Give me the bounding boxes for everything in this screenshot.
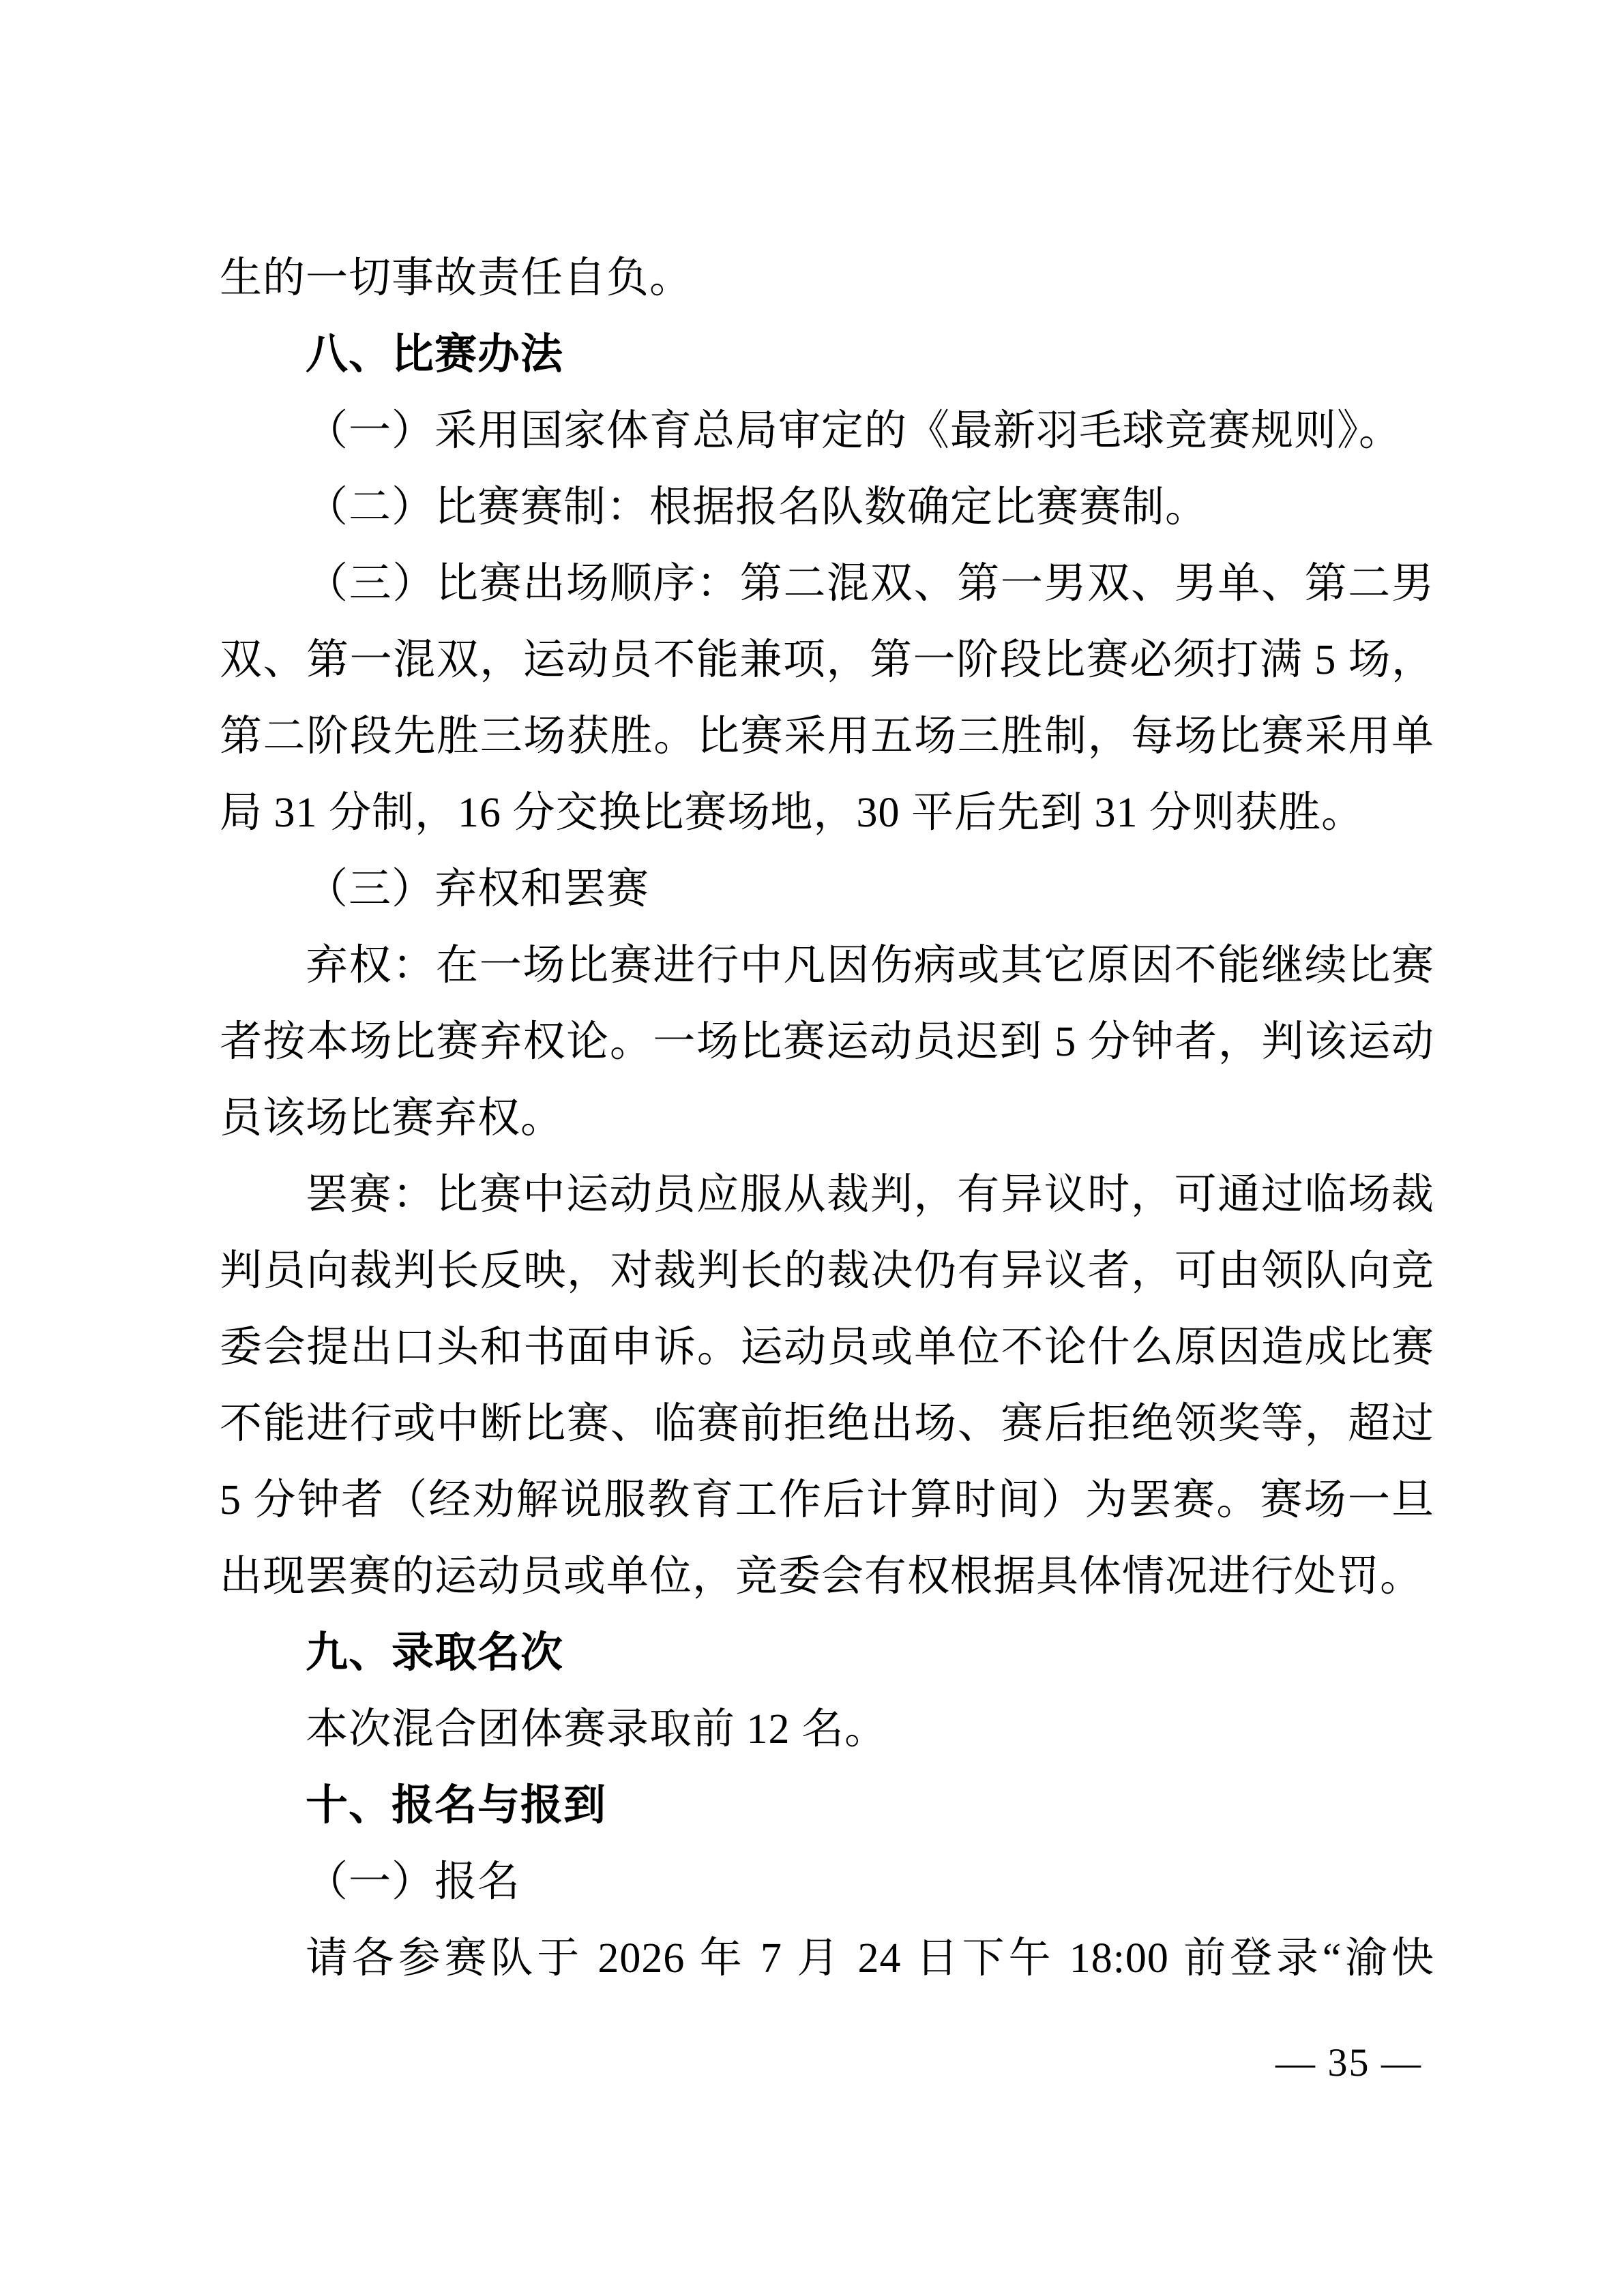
text-line-13: 罢赛：比赛中运动员应服从裁判，有异议时，可通过临场裁 [220, 1157, 1434, 1233]
text-line-5: （三）比赛出场顺序：第二混双、第一男双、男单、第二男 [220, 546, 1434, 622]
text-line-10: 弃权：在一场比赛进行中凡因伤病或其它原因不能继续比赛 [220, 927, 1434, 1004]
text-line-1: 生的一切事故责任自负。 [220, 240, 1434, 316]
text-line-4: （二）比赛赛制：根据报名队数确定比赛赛制。 [220, 469, 1434, 546]
text-line-20: 本次混合团体赛录取前 12 名。 [220, 1691, 1434, 1768]
text-line-6: 双、第一混双，运动员不能兼项，第一阶段比赛必须打满 5 场， [220, 622, 1434, 698]
page-number: — 35 — [1275, 2039, 1422, 2087]
text-line-17: 5 分钟者（经劝解说服教育工作后计算时间）为罢赛。赛场一旦 [220, 1462, 1434, 1538]
text-line-14: 判员向裁判长反映，对裁判长的裁决仍有异议者，可由领队向竞 [220, 1233, 1434, 1309]
text-line-7: 第二阶段先胜三场获胜。比赛采用五场三胜制，每场比赛采用单 [220, 698, 1434, 775]
heading-section-8: 八、比赛办法 [220, 316, 1434, 393]
heading-section-10: 十、报名与报到 [220, 1768, 1434, 1844]
text-line-12: 员该场比赛弃权。 [220, 1080, 1434, 1157]
text-line-8: 局 31 分制，16 分交换比赛场地，30 平后先到 31 分则获胜。 [220, 775, 1434, 851]
text-line-9: （三）弃权和罢赛 [220, 851, 1434, 927]
heading-section-9: 九、录取名次 [220, 1615, 1434, 1691]
text-line-16: 不能进行或中断比赛、临赛前拒绝出场、赛后拒绝领奖等，超过 [220, 1386, 1434, 1462]
text-line-15: 委会提出口头和书面申诉。运动员或单位不论什么原因造成比赛 [220, 1309, 1434, 1386]
text-line-22: （一）报名 [220, 1844, 1434, 1920]
text-line-11: 者按本场比赛弃权论。一场比赛运动员迟到 5 分钟者，判该运动 [220, 1004, 1434, 1080]
document-page: 生的一切事故责任自负。 八、比赛办法 （一）采用国家体育总局审定的《最新羽毛球竞… [0, 0, 1624, 2296]
text-line-23: 请各参赛队于 2026 年 7 月 24 日下午 18:00 前登录“渝快 [220, 1920, 1434, 1997]
document-content: 生的一切事故责任自负。 八、比赛办法 （一）采用国家体育总局审定的《最新羽毛球竞… [220, 240, 1434, 1997]
text-line-18: 出现罢赛的运动员或单位，竞委会有权根据具体情况进行处罚。 [220, 1538, 1434, 1615]
text-line-3: （一）采用国家体育总局审定的《最新羽毛球竞赛规则》。 [220, 393, 1434, 469]
